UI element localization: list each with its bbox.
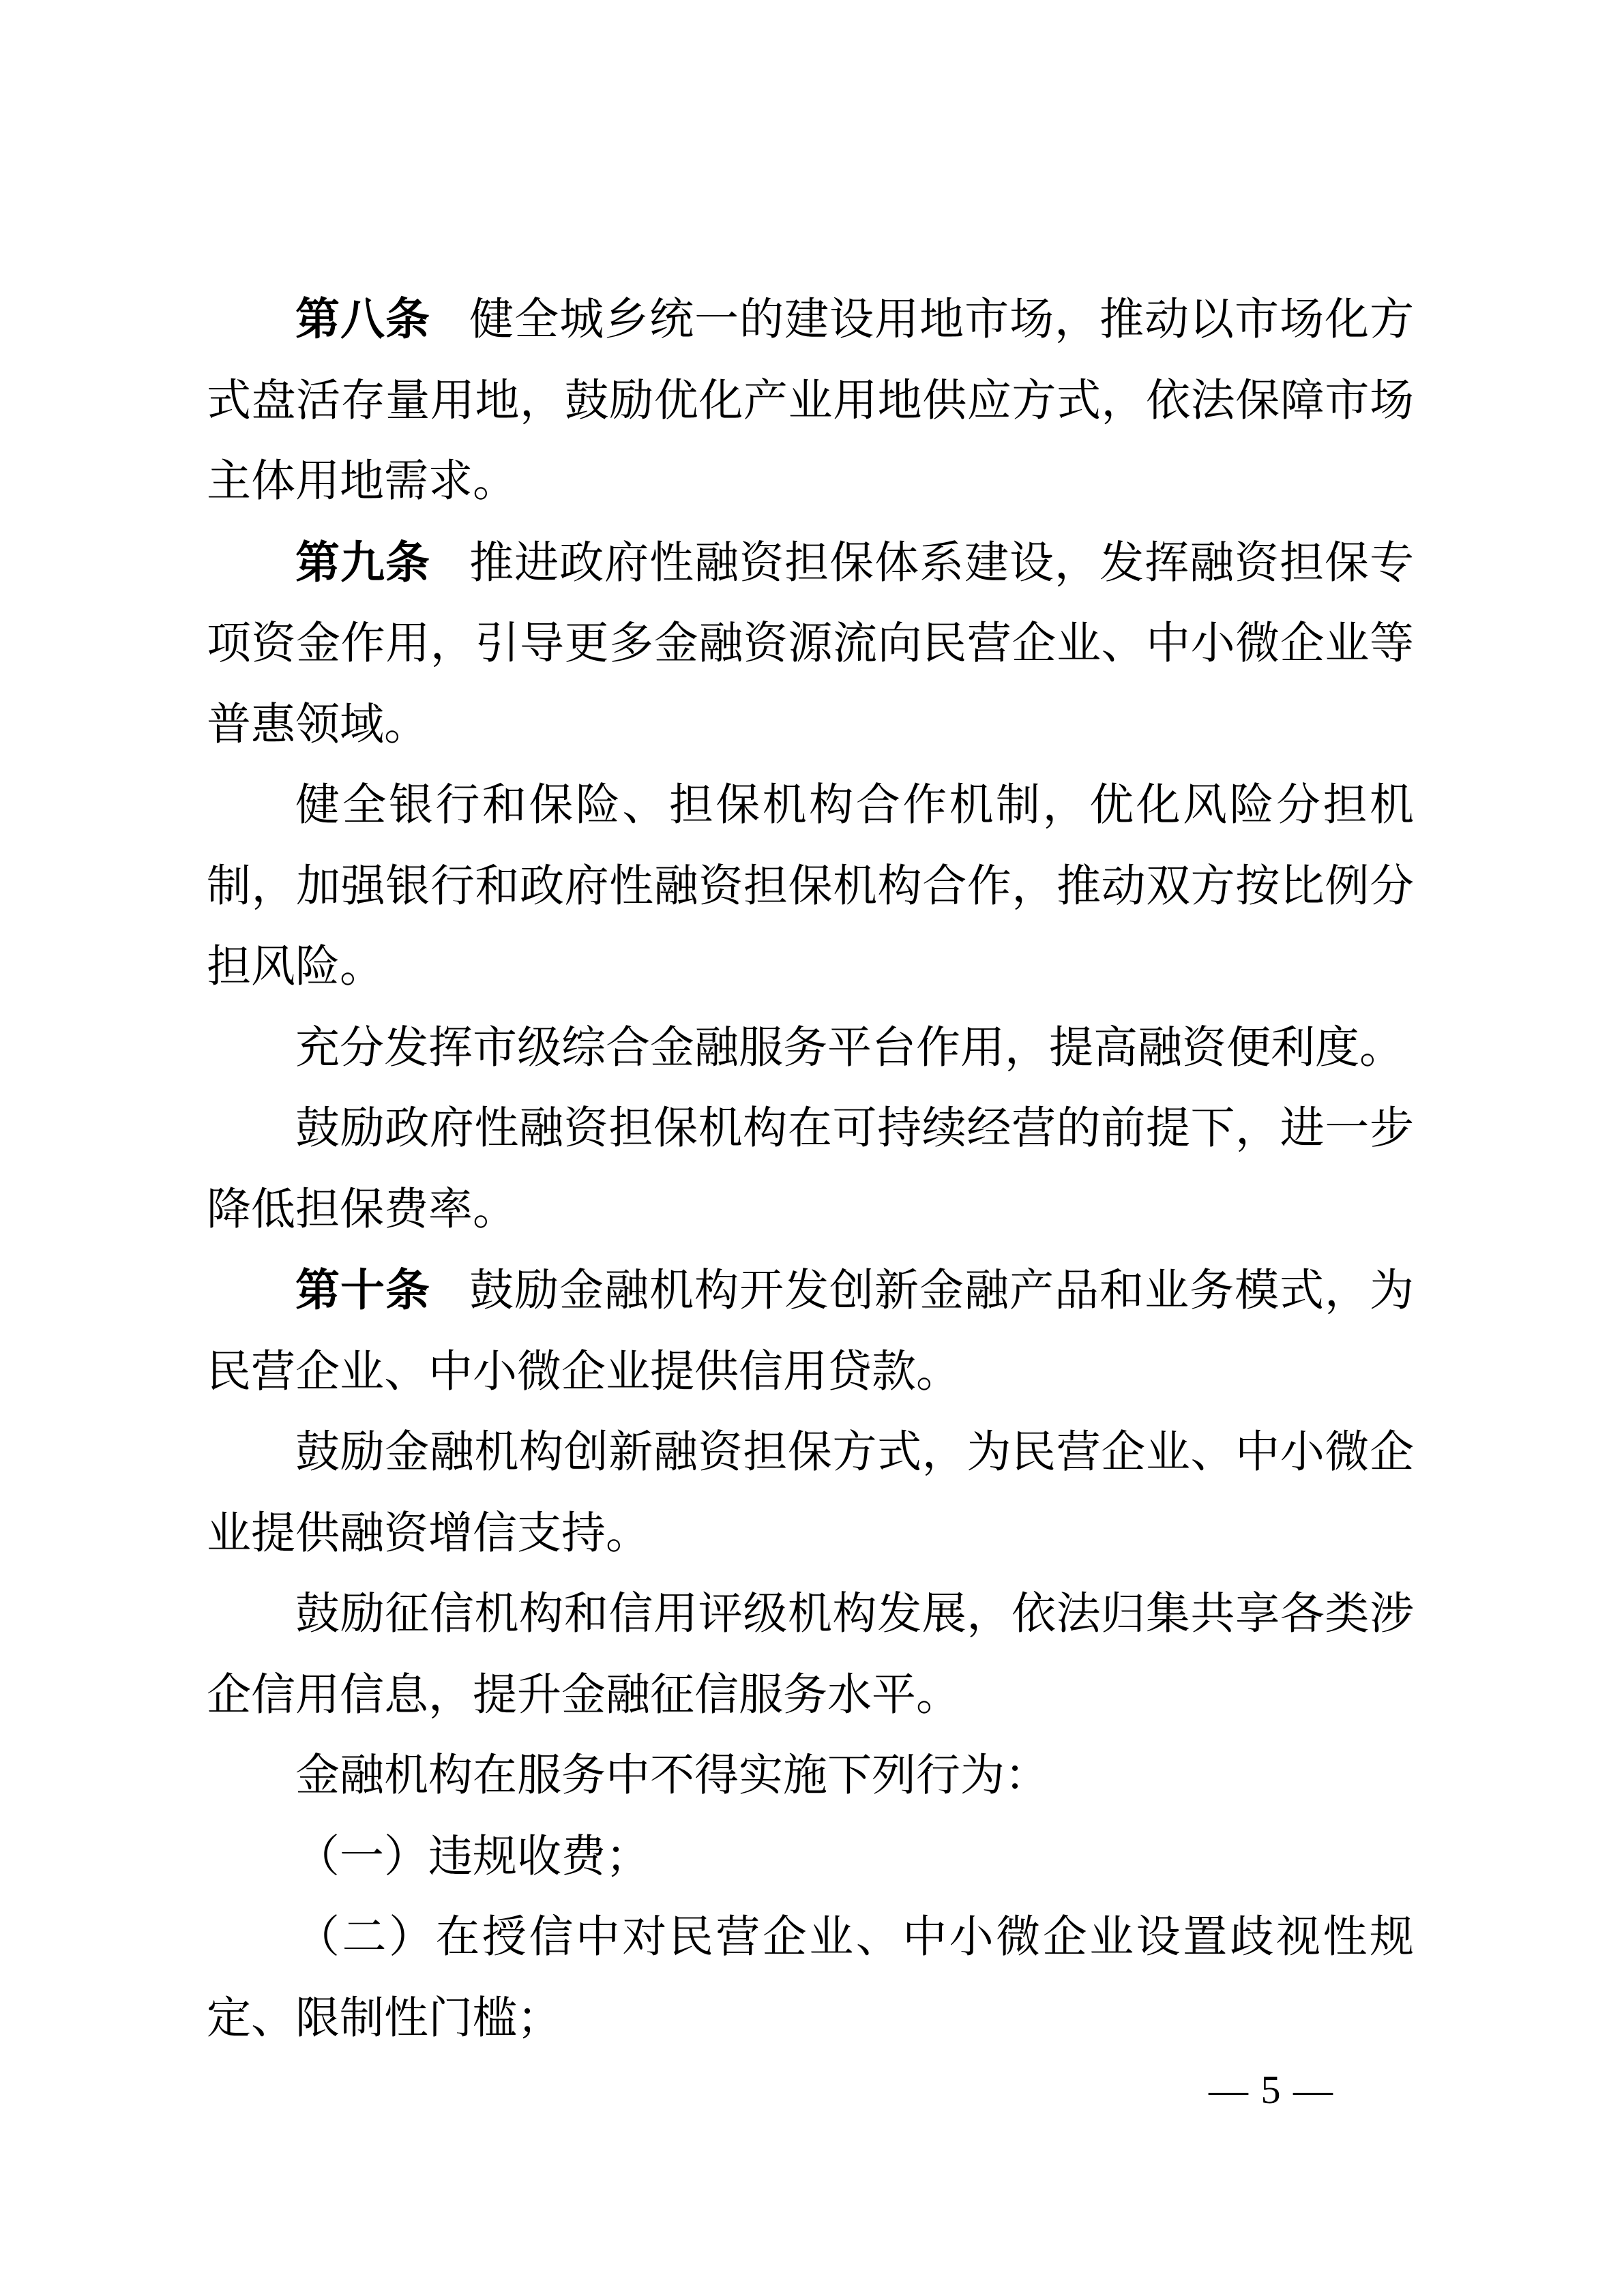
article-paragraph: 第九条推进政府性融资担保体系建设，发挥融资担保专项资金作用，引导更多金融资源流向…: [207, 522, 1414, 766]
paragraph: 鼓励政府性融资担保机构在可持续经营的前提下，进一步降低担保费率。: [207, 1088, 1414, 1250]
paragraph-text: 健全银行和保险、担保机构合作机制，优化风险分担机制，加强银行和政府性融资担保机构…: [207, 781, 1414, 992]
paragraph: 健全银行和保险、担保机构合作机制，优化风险分担机制，加强银行和政府性融资担保机构…: [207, 765, 1414, 1008]
paragraph: 金融机构在服务中不得实施下列行为：: [207, 1735, 1414, 1817]
paragraph-text: （一）违规收费；: [295, 1832, 650, 1881]
paragraph-text: 鼓励金融机构创新融资担保方式，为民营企业、中小微企业提供融资增信支持。: [207, 1428, 1414, 1558]
document-body: 第八条健全城乡统一的建设用地市场，推动以市场化方式盘活存量用地，鼓励优化产业用地…: [207, 279, 1414, 2059]
paragraph-text: （二）在授信中对民营企业、中小微企业设置歧视性规定、限制性门槛；: [207, 1913, 1414, 2043]
paragraph-text: 金融机构在服务中不得实施下列行为：: [295, 1751, 1049, 1800]
article-number: 第十条: [295, 1265, 430, 1315]
page-number: — 5 —: [1209, 2070, 1334, 2110]
paragraph: 鼓励征信机构和信用评级机构发展，依法归集共享各类涉企信用信息，提升金融征信服务水…: [207, 1574, 1414, 1735]
paragraph-text: 鼓励政府性融资担保机构在可持续经营的前提下，进一步降低担保费率。: [207, 1104, 1414, 1234]
paragraph: 充分发挥市级综合金融服务平台作用，提高融资便利度。: [207, 1008, 1414, 1089]
list-item-paragraph: （二）在授信中对民营企业、中小微企业设置歧视性规定、限制性门槛；: [207, 1897, 1414, 2059]
document-page: 第八条健全城乡统一的建设用地市场，推动以市场化方式盘活存量用地，鼓励优化产业用地…: [0, 0, 1624, 2296]
paragraph: 鼓励金融机构创新融资担保方式，为民营企业、中小微企业提供融资增信支持。: [207, 1412, 1414, 1574]
article-number: 第九条: [295, 537, 430, 587]
article-paragraph: 第十条鼓励金融机构开发创新金融产品和业务模式，为民营企业、中小微企业提供信用贷款…: [207, 1250, 1414, 1412]
list-item-paragraph: （一）违规收费；: [207, 1817, 1414, 1898]
article-number: 第八条: [295, 294, 430, 344]
paragraph-text: 充分发挥市级综合金融服务平台作用，提高融资便利度。: [295, 1024, 1404, 1073]
paragraph-text: 鼓励征信机构和信用评级机构发展，依法归集共享各类涉企信用信息，提升金融征信服务水…: [207, 1590, 1414, 1720]
article-paragraph: 第八条健全城乡统一的建设用地市场，推动以市场化方式盘活存量用地，鼓励优化产业用地…: [207, 279, 1414, 522]
